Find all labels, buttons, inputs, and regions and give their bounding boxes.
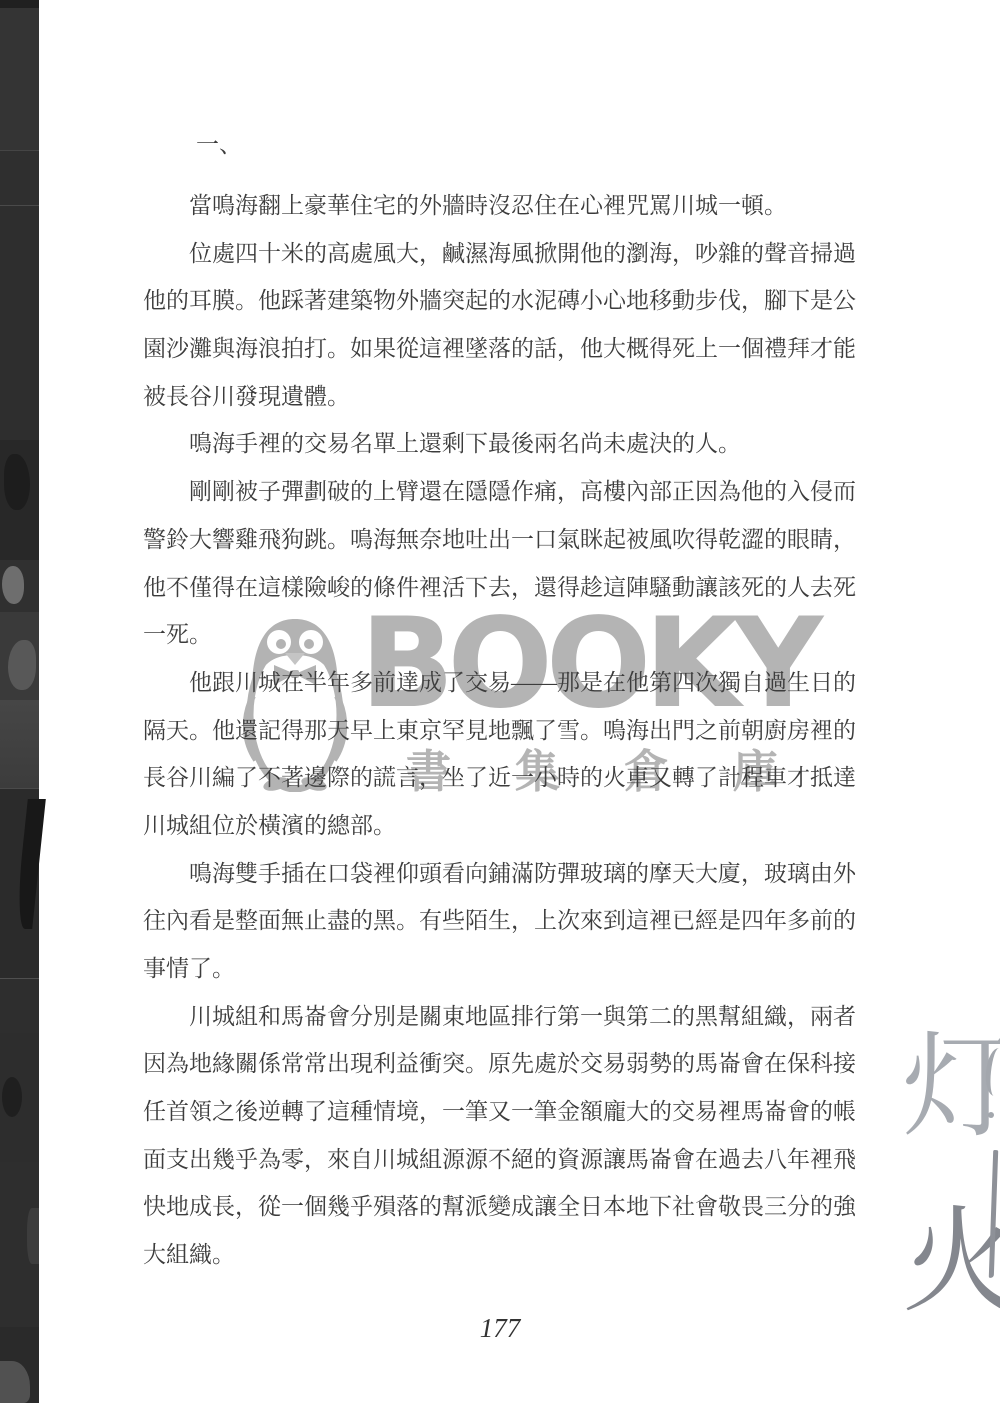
book-page: BOOKY 書集倉庫 一、 當鳴海翻上豪華住宅的外牆時沒忍住在心裡咒罵川城一頓。… [0, 0, 1000, 1403]
strip-segment [0, 612, 39, 700]
body-text-line: 大組織。 [143, 1231, 923, 1279]
strip-segment [0, 440, 39, 560]
body-text-line: 事情了。 [143, 945, 923, 993]
strip-segment [0, 700, 39, 789]
cover-title-char: 灯 [902, 1010, 1000, 1165]
body-text-line: 往內看是整面無止盡的黑。有些陌生，上次來到這裡已經是四年多前的 [143, 897, 923, 945]
body-text-line: 川城組位於橫濱的總部。 [143, 802, 923, 850]
cover-edge-title: 灯 火 [902, 1010, 1000, 1340]
body-text-line: 鳴海手裡的交易名單上還剩下最後兩名尚未處決的人。 [143, 420, 923, 468]
strip-segment [0, 8, 39, 151]
edge-partial-stroke [988, 1112, 994, 1118]
cover-title-char: 火 [902, 1185, 1000, 1340]
strip-segment [0, 1162, 39, 1328]
body-text: 當鳴海翻上豪華住宅的外牆時沒忍住在心裡咒罵川城一頓。位處四十米的高處風大，鹹濕海… [143, 182, 923, 1279]
body-text-line: 面支出幾乎為零，來自川城組源源不絕的資源讓馬崙會在過去八年裡飛 [143, 1136, 923, 1184]
body-text-line: 一死。 [143, 611, 923, 659]
strip-segment [0, 978, 39, 1034]
strip-segment [0, 0, 39, 8]
body-text-line: 隔天。他還記得那天早上東京罕見地飄了雪。鳴海出門之前朝廚房裡的 [143, 707, 923, 755]
strip-segment [0, 206, 39, 440]
body-text-line: 當鳴海翻上豪華住宅的外牆時沒忍住在心裡咒罵川城一頓。 [143, 182, 923, 230]
body-text-line: 他跟川城在半年多前達成了交易——那是在他第四次獨自過生日的 [143, 659, 923, 707]
body-text-line: 長谷川編了不著邊際的謊言，坐了近一小時的火車又轉了計程車才抵達 [143, 754, 923, 802]
strip-segment [0, 1033, 39, 1162]
body-text-line: 他不僅得在這樣險峻的條件裡活下去，還得趁這陣騷動讓該死的人去死 [143, 564, 923, 612]
body-text-line: 被長谷川發現遺體。 [143, 373, 923, 421]
section-heading: 一、 [196, 121, 242, 169]
strip-segment [0, 789, 39, 978]
strip-segment [0, 560, 39, 612]
strip-segment [0, 1327, 39, 1403]
body-text-line: 任首領之後逆轉了這種情境，一筆又一筆金額龐大的交易裡馬崙會的帳 [143, 1088, 923, 1136]
page-number: 177 [143, 1311, 857, 1345]
body-text-line: 園沙灘與海浪拍打。如果從這裡墜落的話，他大概得死上一個禮拜才能 [143, 325, 923, 373]
body-text-line: 快地成長，從一個幾乎殞落的幫派變成讓全日本地下社會敬畏三分的強 [143, 1183, 923, 1231]
body-text-line: 位處四十米的高處風大，鹹濕海風掀開他的瀏海，吵雜的聲音掃過 [143, 230, 923, 278]
body-text-line: 鳴海雙手插在口袋裡仰頭看向鋪滿防彈玻璃的摩天大廈，玻璃由外 [143, 850, 923, 898]
body-text-line: 川城組和馬崙會分別是關東地區排行第一與第二的黑幫組織，兩者 [143, 993, 923, 1041]
body-text-line: 因為地緣關係常常出現利益衝突。原先處於交易弱勢的馬崙會在保科接 [143, 1040, 923, 1088]
body-text-line: 他的耳膜。他踩著建築物外牆突起的水泥磚小心地移動步伐，腳下是公 [143, 277, 923, 325]
body-text-line: 警鈴大響雞飛狗跳。鳴海無奈地吐出一口氣眯起被風吹得乾澀的眼睛， [143, 516, 923, 564]
strip-segment [0, 151, 39, 206]
left-image-strip [0, 0, 39, 1403]
body-text-line: 剛剛被子彈劃破的上臂還在隱隱作痛，高樓內部正因為他的入侵而 [143, 468, 923, 516]
